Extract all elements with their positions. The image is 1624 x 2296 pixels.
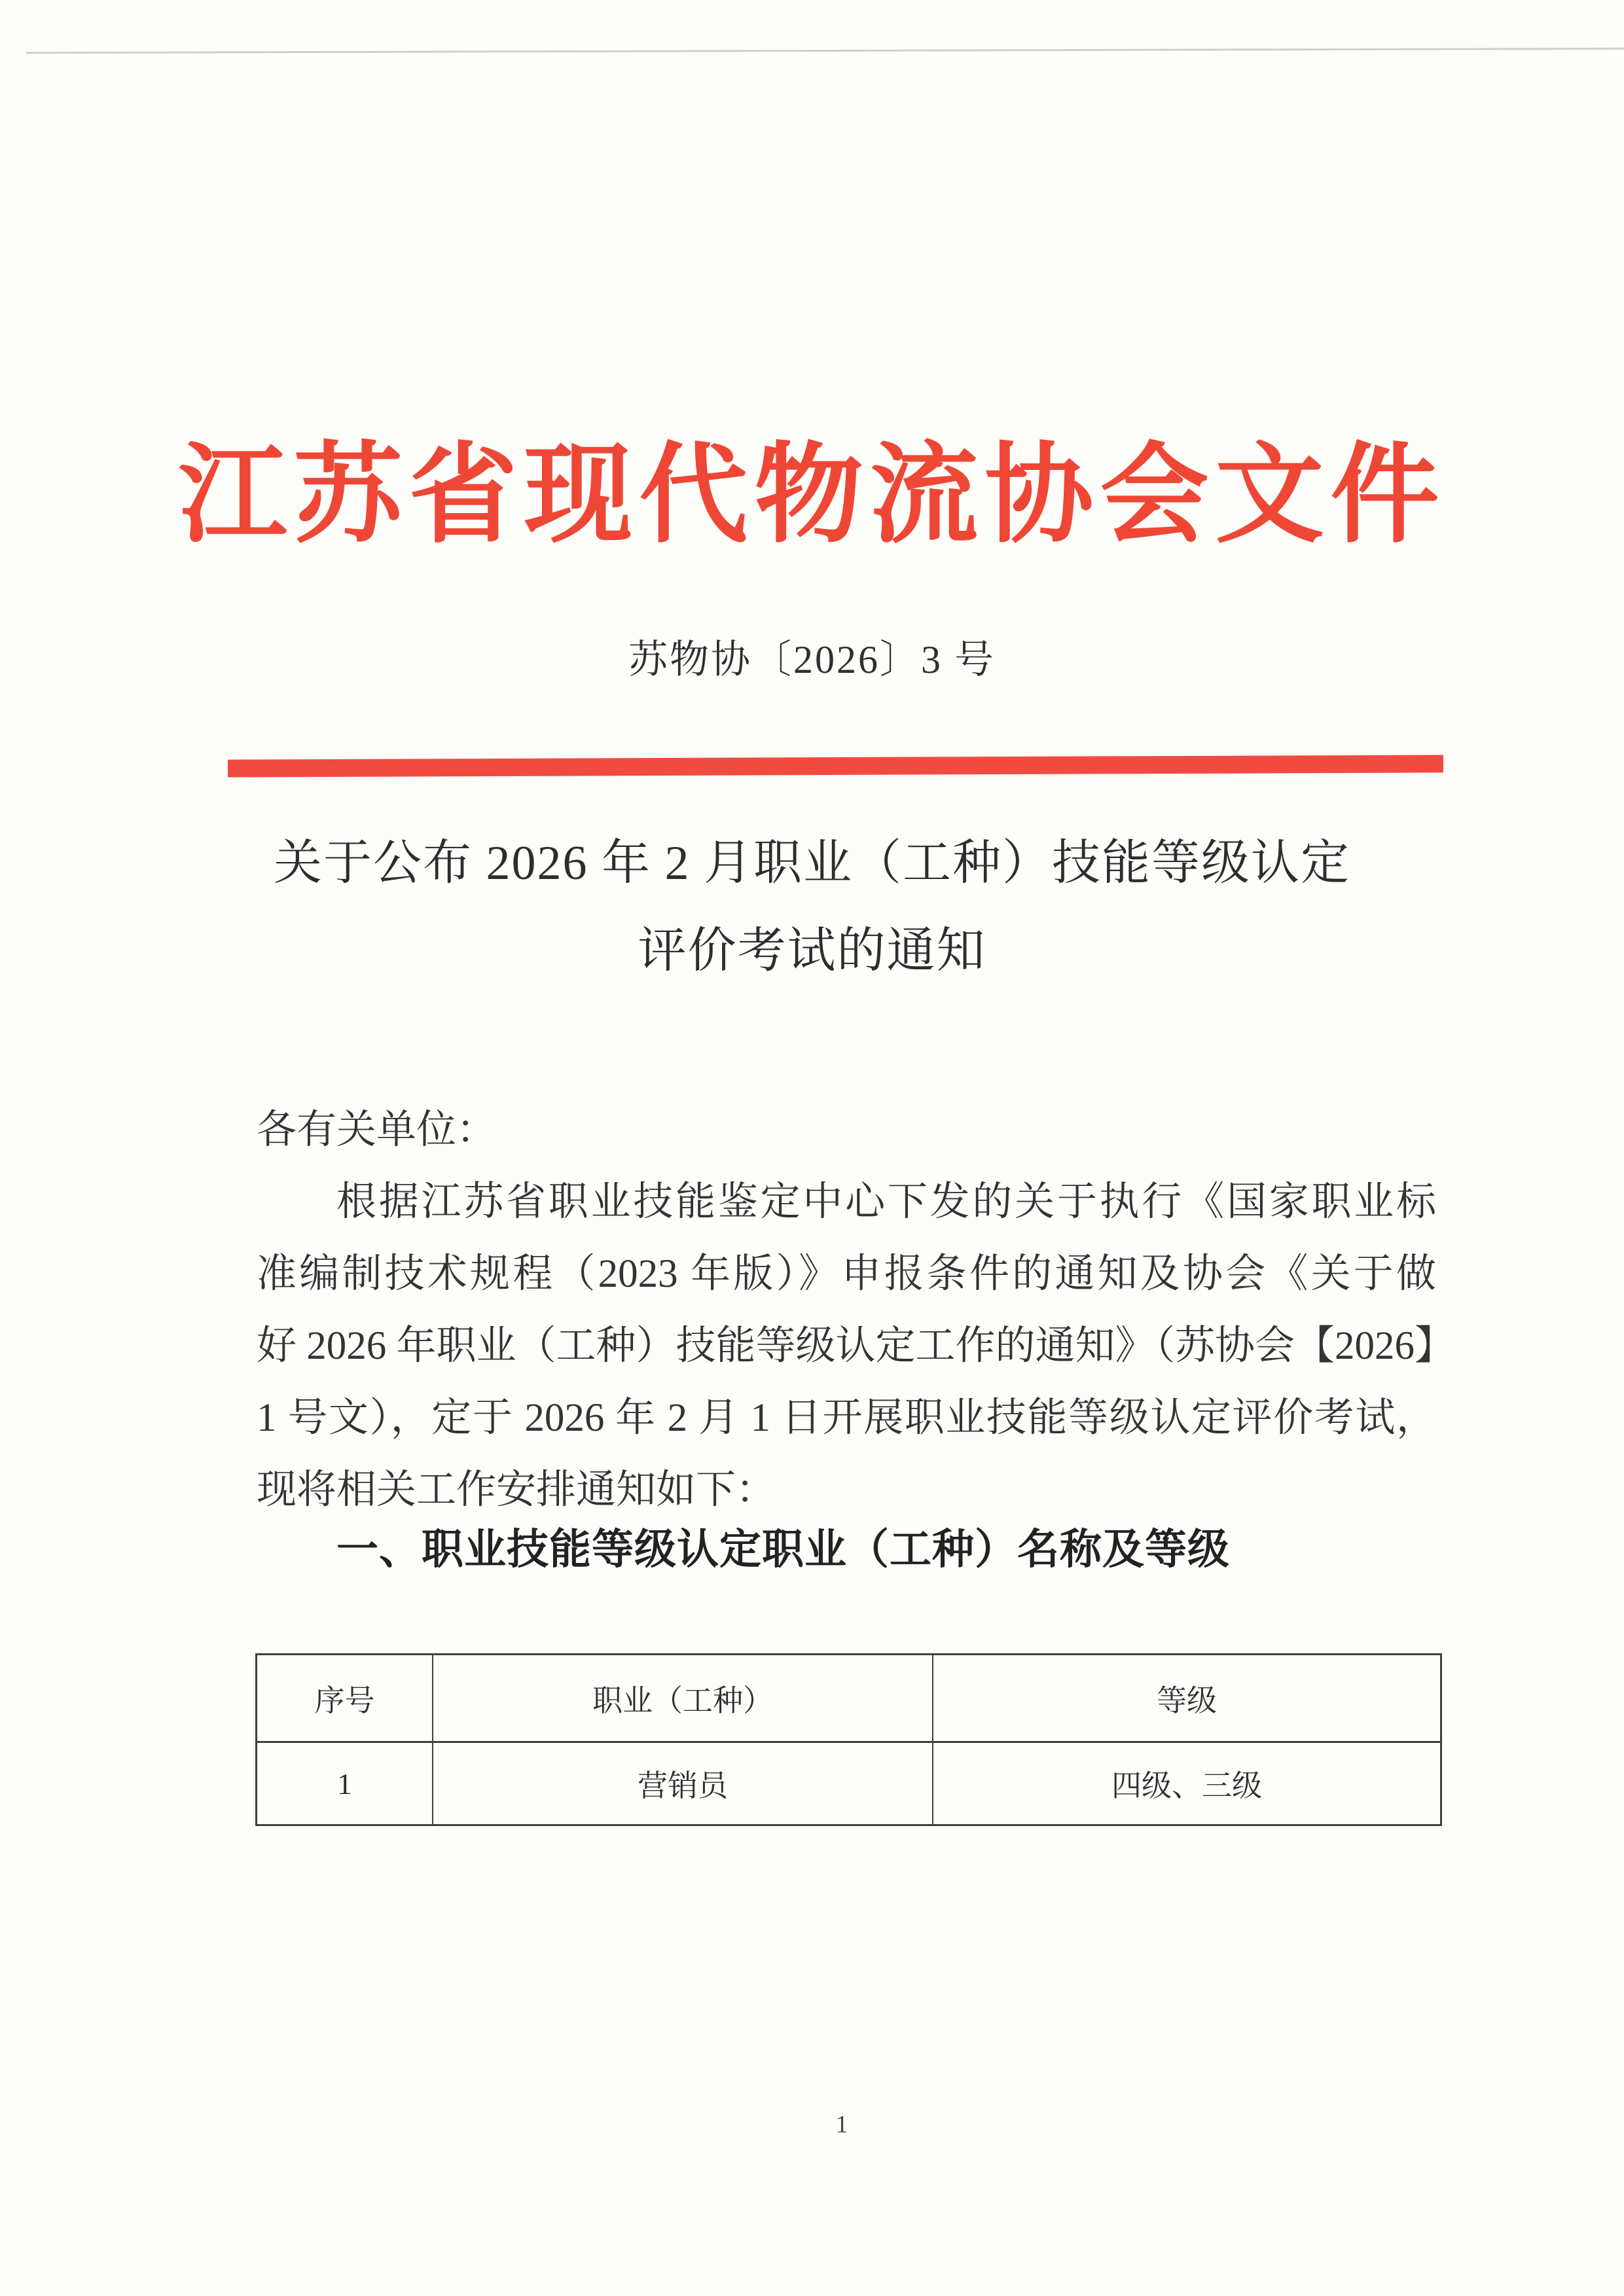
document-number: 苏物协〔2026〕3 号: [0, 630, 1624, 690]
letterhead-org-title: 江苏省现代物流协会文件: [0, 427, 1624, 564]
document-page: 江苏省现代物流协会文件 苏物协〔2026〕3 号 关于公布 2026 年 2 月…: [0, 0, 1624, 2296]
section-heading-occupation-levels: 一、职业技能等级认定职业（工种）名称及等级: [255, 1513, 1435, 1585]
table-cell-level: 四级、三级: [933, 1742, 1441, 1825]
document-title: 关于公布 2026 年 2 月职业（工种）技能等级认定 评价考试的通知: [0, 819, 1624, 995]
page-number: 1: [812, 2106, 872, 2143]
table-row: 1 营销员 四级、三级: [257, 1742, 1441, 1825]
body-text: 各有关单位： 根据江苏省职业技能鉴定中心下发的关于执行《国家职业标 准编制技术规…: [257, 1094, 1436, 1526]
table-header-level: 等级: [933, 1655, 1441, 1742]
table-header-index: 序号: [257, 1655, 433, 1742]
paragraph-line: 准编制技术规程（2023 年版）》申报条件的通知及协会《关于做: [257, 1238, 1436, 1310]
table-header-row: 序号 职业（工种） 等级: [257, 1655, 1441, 1742]
scan-artifact-line: [26, 48, 1624, 54]
paragraph-line: 1 号文），定于 2026 年 2 月 1 日开展职业技能等级认定评价考试，: [257, 1382, 1436, 1454]
table-cell-index: 1: [257, 1742, 433, 1825]
occupation-level-table: 序号 职业（工种） 等级 1 营销员 四级、三级: [255, 1653, 1442, 1826]
salutation: 各有关单位：: [257, 1094, 1436, 1166]
document-title-line1: 关于公布 2026 年 2 月职业（工种）技能等级认定: [0, 819, 1624, 907]
paragraph-line: 根据江苏省职业技能鉴定中心下发的关于执行《国家职业标: [257, 1166, 1436, 1238]
table-cell-occupation: 营销员: [433, 1742, 933, 1825]
letterhead-red-rule: [228, 755, 1443, 777]
document-title-line2: 评价考试的通知: [0, 907, 1624, 995]
paragraph-line: 好 2026 年职业（工种）技能等级认定工作的通知》（苏协会【2026】: [257, 1310, 1436, 1382]
table-header-occupation: 职业（工种）: [433, 1655, 933, 1742]
